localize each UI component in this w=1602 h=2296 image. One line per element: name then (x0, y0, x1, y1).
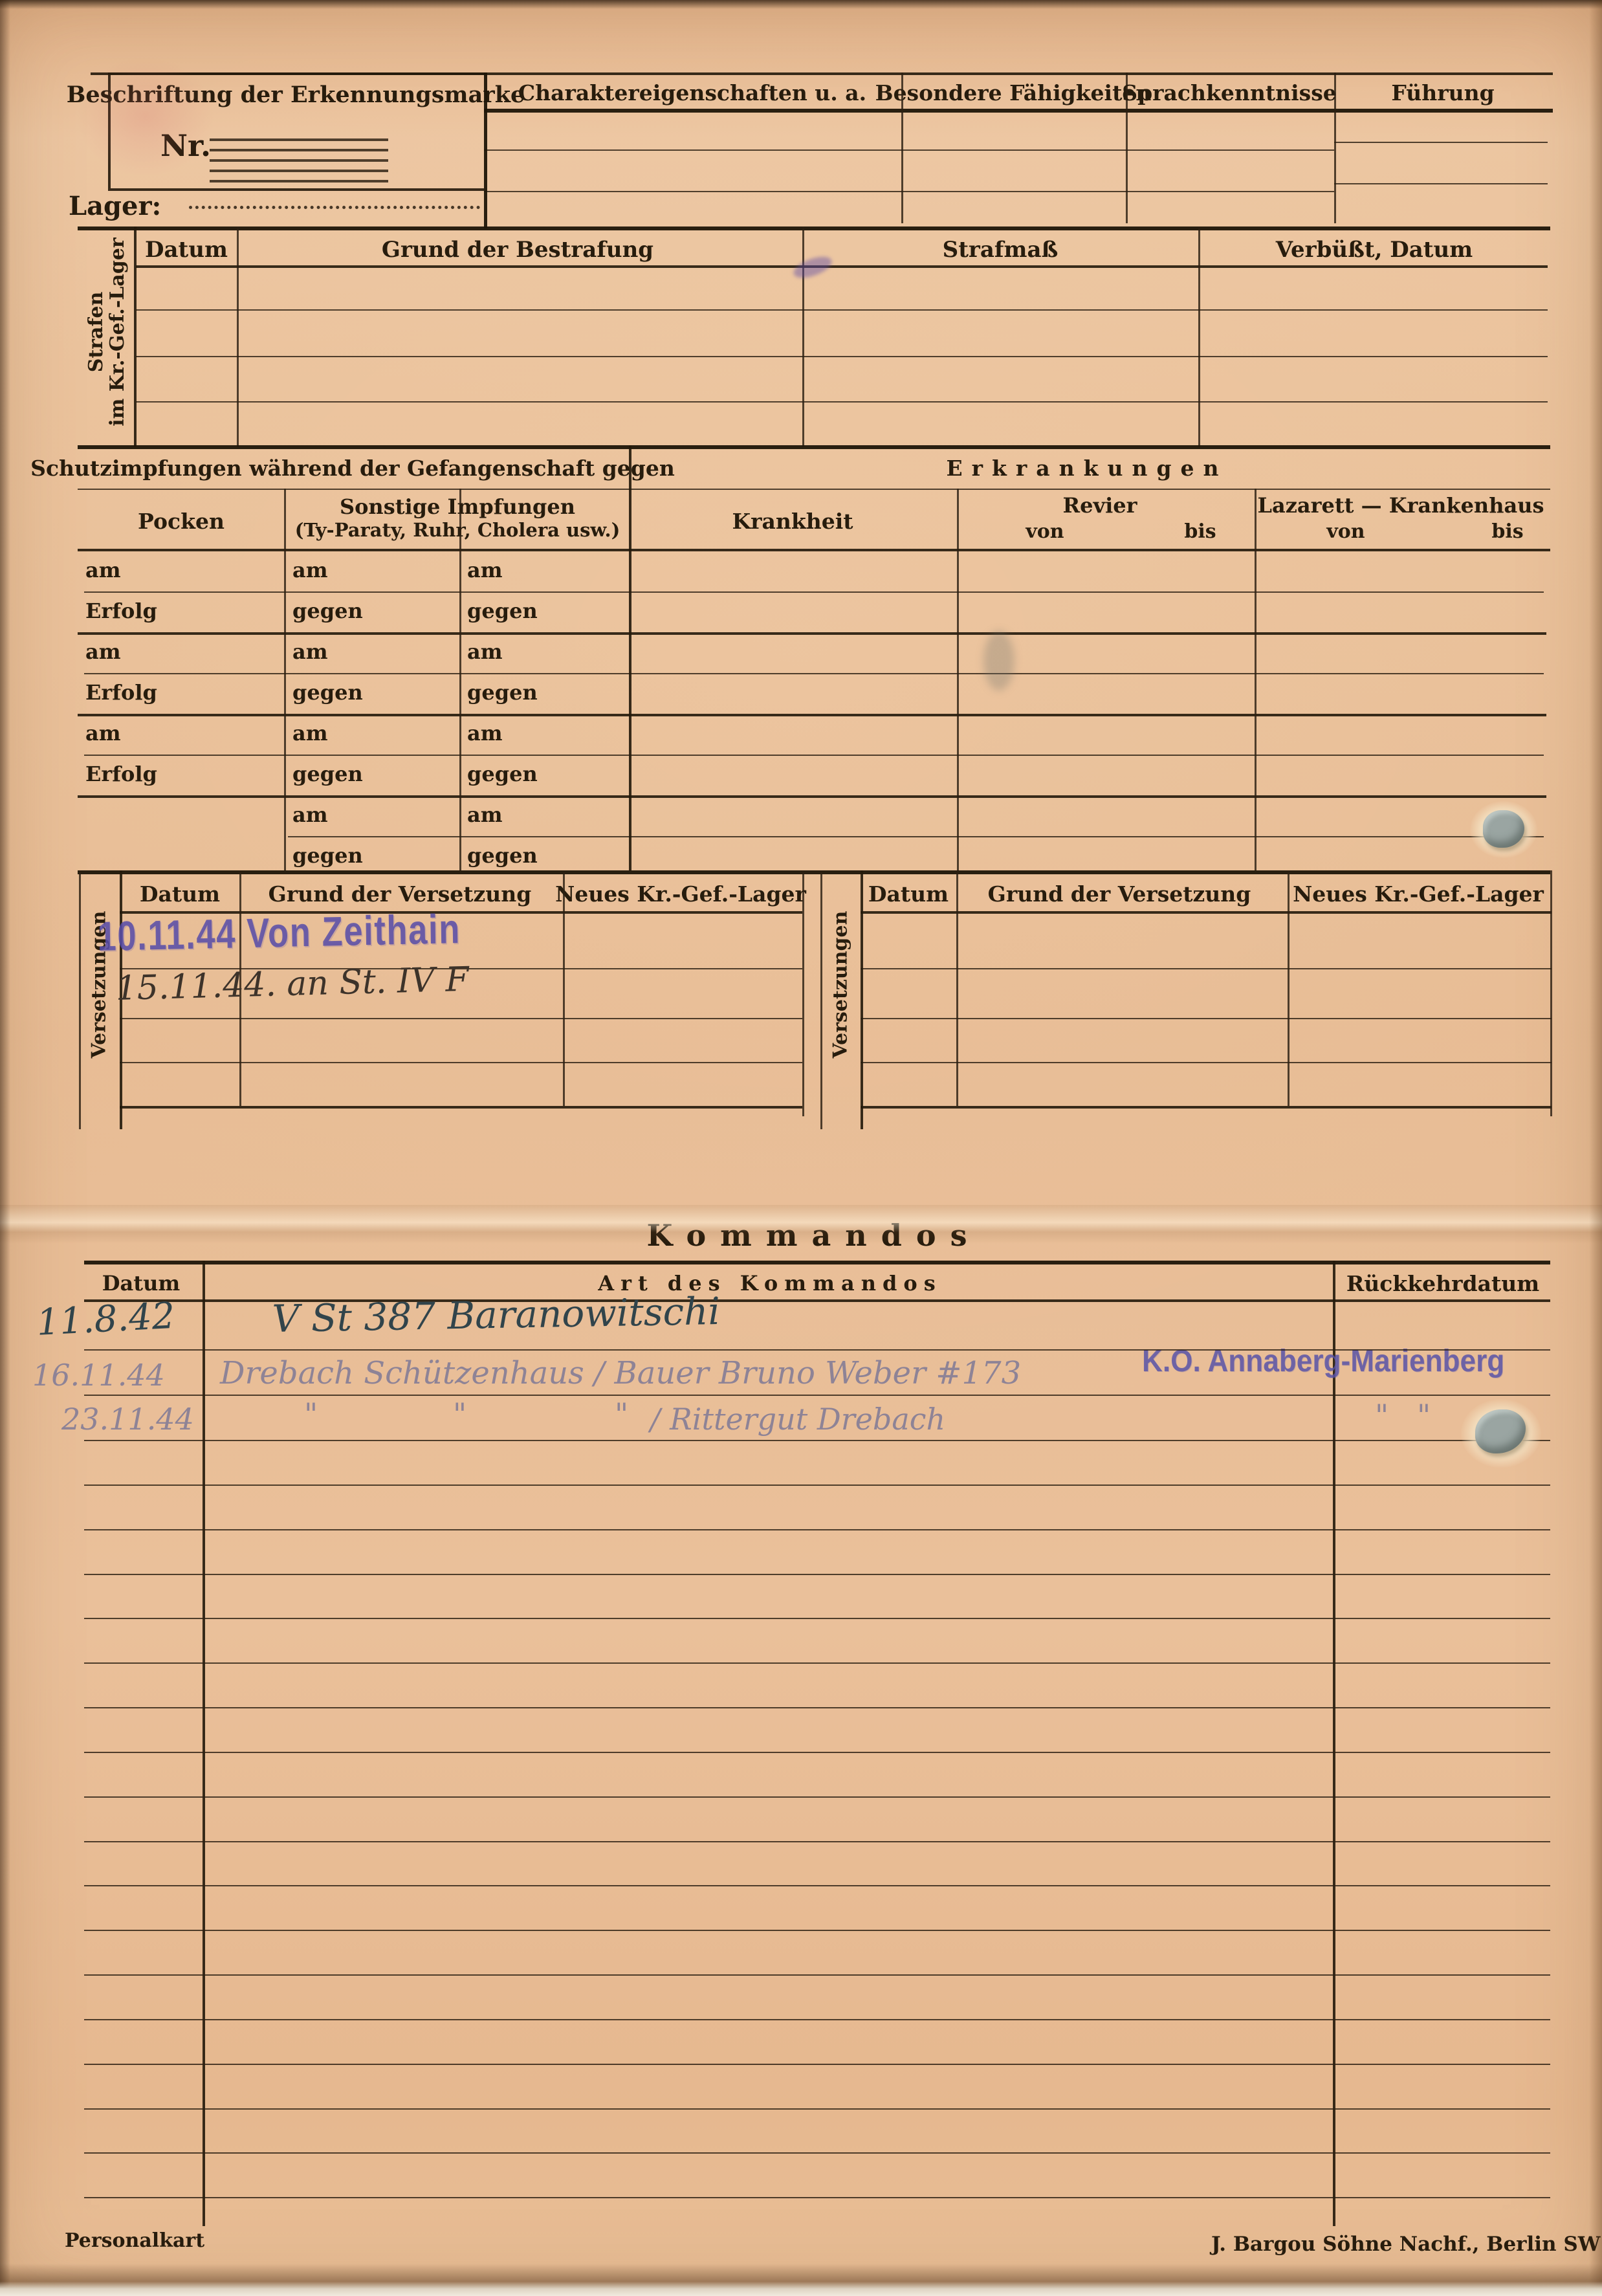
divider (84, 1261, 1550, 1264)
divider (134, 226, 137, 447)
divider (284, 489, 286, 870)
ruled-line (84, 1796, 1550, 1798)
strafen-side-label: Strafen im Kr.-Gef.-Lager (85, 228, 128, 436)
impfung-gegen-label: gegen (467, 680, 538, 705)
divider (91, 72, 1553, 75)
ruled-line (84, 1529, 1550, 1530)
divider (78, 489, 1550, 490)
divider (956, 870, 958, 1106)
ruled-line (861, 1062, 1552, 1063)
divider (1126, 72, 1128, 223)
ruled-line (136, 356, 1548, 357)
ruled-line (84, 591, 1544, 593)
divider (1334, 72, 1336, 223)
erkrankungen-title: Erkrankungen (946, 456, 1227, 481)
divider (78, 445, 1550, 449)
column-header-sprachkenntnisse: Sprachkenntnisse (1122, 80, 1337, 105)
divider (1288, 870, 1289, 1106)
versetzungen-header-datum: Datum (140, 881, 220, 907)
ink-smudge (791, 252, 834, 282)
nr-ruled-line (210, 149, 388, 151)
impfung-gegen-label: gegen (292, 762, 363, 786)
ruled-line (120, 1018, 802, 1019)
ruled-line (84, 1752, 1550, 1753)
impfung-gegen-label: gegen (467, 762, 538, 786)
impfung-am-label: am (85, 639, 121, 664)
nr-ruled-line (210, 170, 388, 172)
ruled-line (136, 401, 1548, 403)
strafen-side-line2: im Kr.-Gef.-Lager (106, 237, 129, 426)
ruled-line (1334, 142, 1548, 143)
pocken-header: Pocken (138, 509, 225, 534)
transfer-handwritten-entry: 15.11.44. an St. IV F (115, 960, 469, 1008)
divider (629, 445, 631, 870)
ruled-line (120, 1106, 802, 1109)
divider (459, 489, 461, 870)
ruled-line (84, 755, 1544, 756)
ruled-line (484, 191, 1334, 192)
lager-label: Lager: (69, 191, 161, 221)
sonstige-impfungen-header: Sonstige Impfungen (340, 494, 575, 519)
impfung-am-label: am (85, 558, 121, 582)
divider (78, 870, 1550, 874)
impfung-gegen-label: gegen (292, 843, 363, 868)
impfung-gegen-label: gegen (467, 599, 538, 623)
ruled-line (78, 795, 1546, 798)
strafen-header-strafmass: Strafmaß (943, 237, 1059, 263)
ruled-line (84, 1662, 1550, 1664)
strafen-side-line1: Strafen (85, 292, 107, 373)
ruled-line (861, 1018, 1552, 1019)
ruled-line (78, 714, 1546, 716)
versetzungen-header-neues-lager: Neues Kr.-Gef.-Lager (1293, 881, 1544, 907)
ditto-mark: " (615, 1396, 628, 1431)
divider (901, 72, 903, 223)
nr-ruled-line (210, 180, 388, 182)
ruled-line (84, 1485, 1550, 1486)
ruled-line (861, 968, 1552, 969)
kommando-row-art: Drebach Schützenhaus / Bauer Bruno Weber… (220, 1355, 1021, 1391)
divider (1333, 1261, 1335, 2226)
versetzungen-side-label: Versetzungen (89, 862, 110, 1108)
versetzungen-header-datum: Datum (868, 881, 949, 907)
nr-ruled-line (210, 159, 388, 162)
impfung-am-label: am (467, 558, 503, 582)
versetzungen-header-grund: Grund der Versetzung (988, 881, 1251, 907)
versetzungen-header-neues-lager: Neues Kr.-Gef.-Lager (555, 881, 806, 907)
ruled-line (861, 1106, 1552, 1109)
strafen-header-datum: Datum (145, 237, 228, 263)
kommando-row-art: V St 387 Baranowitschi (272, 1289, 720, 1341)
impfung-am-label: am (467, 639, 503, 664)
page-edge-right (1589, 0, 1602, 2296)
divider (861, 870, 863, 1129)
kommando-row-rueckkehr: " " (1375, 1398, 1431, 1433)
kommando-row-datum: 16.11.44 (32, 1358, 165, 1393)
ruled-line (84, 2197, 1550, 2198)
ruled-line (78, 632, 1546, 635)
lazarett-header: Lazarett — Krankenhaus (1258, 493, 1544, 518)
revier-bis-label: bis (1184, 520, 1216, 543)
revier-header: Revier (1063, 493, 1137, 518)
grey-smudge (983, 631, 1015, 690)
divider (802, 870, 804, 1116)
ruled-line (84, 2108, 1550, 2110)
ruled-line (84, 1395, 1550, 1396)
kommando-row-datum: 11.8.42 (36, 1295, 176, 1344)
ruled-line (136, 309, 1548, 311)
versetzungen-header-grund: Grund der Versetzung (269, 881, 532, 907)
ruled-line (484, 149, 1334, 151)
sonstige-impfungen-subheader: (Ty-Paraty, Ruhr, Cholera usw.) (295, 519, 620, 541)
impfung-am-label: am (292, 802, 328, 827)
divider (957, 489, 959, 870)
divider (78, 226, 1550, 230)
red-ink-smudge (71, 52, 220, 181)
footer-printer-imprint: J. Bargou Söhne Nachf., Berlin SW 68 (1211, 2233, 1602, 2256)
strafen-header-grund: Grund der Bestrafung (382, 237, 653, 263)
ruled-line (84, 2019, 1550, 2020)
ruled-line (84, 2152, 1550, 2154)
paper-crease (0, 1205, 1602, 1244)
ruled-line (84, 673, 1544, 674)
impfung-am-label: am (292, 721, 328, 745)
column-header-charaktereigenschaften: Charaktereigenschaften u. a. (518, 80, 866, 105)
impfung-erfolg-label: Erfolg (85, 680, 157, 705)
versetzungen-side-label: Versetzungen (830, 862, 851, 1108)
krankheit-header: Krankheit (732, 509, 853, 534)
impfung-am-label: am (292, 558, 328, 582)
divider (861, 911, 1552, 914)
ruled-line (84, 1349, 1550, 1351)
divider (820, 870, 822, 1129)
impfung-am-label: am (467, 802, 503, 827)
nr-ruled-line (210, 138, 388, 141)
zeithain-transfer-stamp: 10.11.44 Von Zeithain (97, 905, 461, 960)
page-edge-bottom (0, 2264, 1602, 2296)
impfung-am-label: am (292, 639, 328, 664)
kommandos-header-rueckkehrdatum: Rückkehrdatum (1346, 1271, 1539, 1296)
footer-form-name: Personalkart (65, 2229, 204, 2252)
impfung-gegen-label: gegen (292, 680, 363, 705)
divider (79, 870, 81, 1129)
page-edge-top (0, 0, 1602, 9)
divider (237, 226, 239, 447)
ditto-mark: " (453, 1396, 466, 1431)
ruled-line (84, 1707, 1550, 1708)
ruled-line (120, 1062, 802, 1063)
divider (563, 870, 565, 1106)
divider (1255, 489, 1256, 870)
ruled-line (84, 1841, 1550, 1842)
divider (1550, 870, 1552, 1116)
impfung-gegen-label: gegen (467, 843, 538, 868)
impfung-erfolg-label: Erfolg (85, 599, 157, 623)
lazarett-von-label: von (1326, 520, 1365, 543)
lager-dotted-line (189, 206, 480, 209)
ruled-line (1334, 183, 1548, 184)
impfung-gegen-label: gegen (292, 599, 363, 623)
ruled-line (84, 1440, 1550, 1441)
column-header-besondere-faehigkeiten: Besondere Fähigkeiten (875, 80, 1152, 105)
kommandos-header-datum: Datum (102, 1271, 180, 1296)
divider (203, 1261, 205, 2226)
personalkarte-back-page: Beschriftung der Erkennungsmarke Nr. Lag… (0, 0, 1602, 2296)
ruled-line (288, 836, 1544, 837)
impfung-am-label: am (85, 721, 121, 745)
revier-von-label: von (1026, 520, 1064, 543)
impfungen-title: Schutzimpfungen während der Gefangenscha… (30, 456, 675, 481)
divider (136, 265, 1548, 268)
ruled-line (84, 1618, 1550, 1619)
divider (78, 549, 1550, 551)
divider (484, 109, 1553, 113)
kommando-row-art: / Rittergut Drebach (650, 1402, 945, 1437)
column-header-fuehrung: Führung (1391, 80, 1494, 105)
divider (802, 226, 804, 447)
ruled-line (84, 1930, 1550, 1931)
divider (484, 72, 487, 228)
divider (1198, 226, 1200, 447)
page-edge-left (0, 0, 10, 2296)
impfung-am-label: am (467, 721, 503, 745)
ruled-line (84, 1885, 1550, 1886)
ruled-line (84, 2064, 1550, 2065)
strafen-header-verbuesst: Verbüßt, Datum (1276, 237, 1473, 263)
ruled-line (84, 1974, 1550, 1976)
kommando-row-datum: 23.11.44 (61, 1402, 194, 1437)
lazarett-bis-label: bis (1491, 520, 1523, 543)
ditto-mark: " (304, 1396, 318, 1431)
ruled-line (84, 1574, 1550, 1575)
impfung-erfolg-label: Erfolg (85, 762, 157, 786)
